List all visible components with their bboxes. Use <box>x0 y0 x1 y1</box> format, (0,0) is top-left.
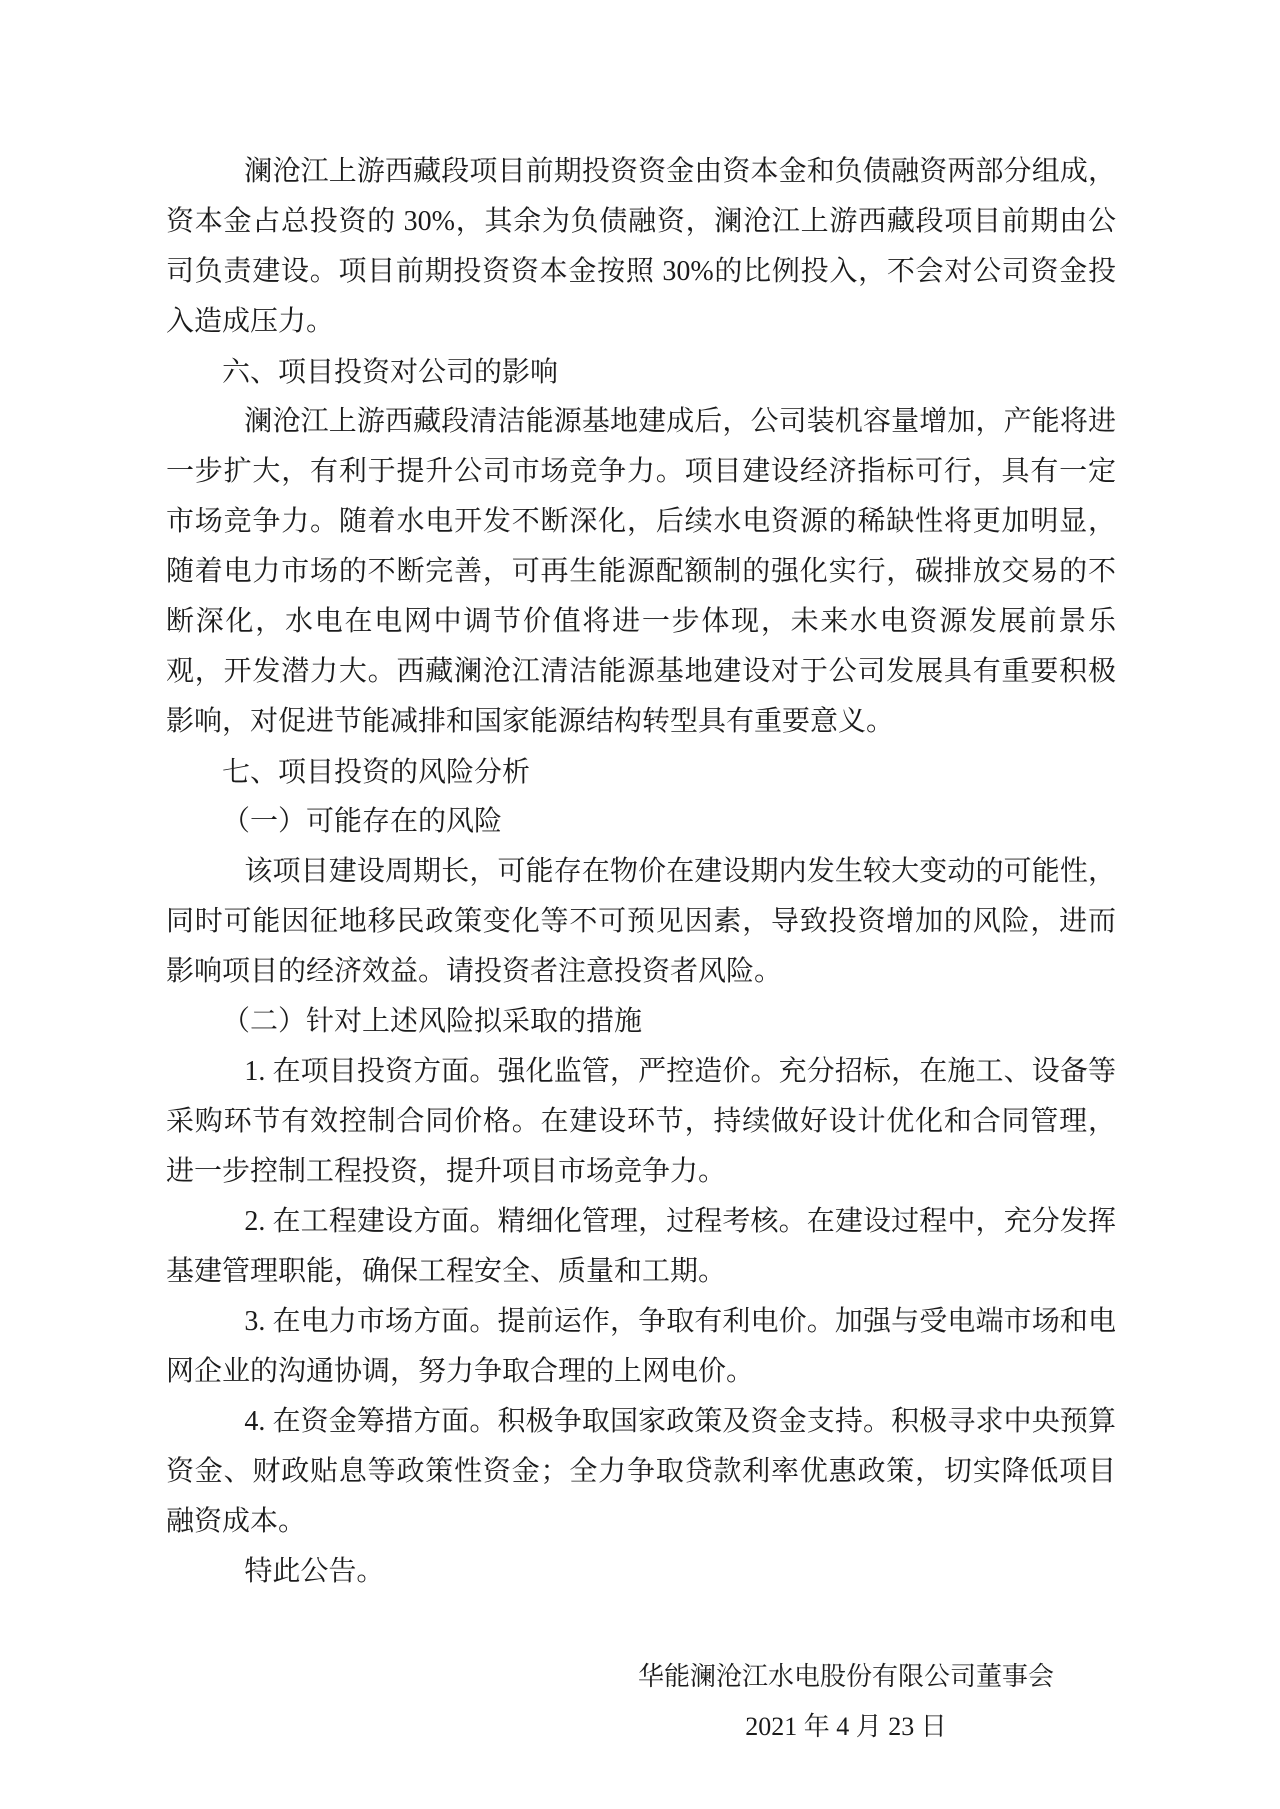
measure-item-3: 3. 在电力市场方面。提前运作，争取有利电价。加强与受电端市场和电网企业的沟通协… <box>166 1297 1116 1397</box>
signature-company-name: 华能澜沧江水电股份有限公司董事会 <box>638 1652 1054 1702</box>
announcement-page: 澜沧江上游西藏段项目前期投资资金由资本金和负债融资两部分组成，资本金占总投资的 … <box>0 0 1280 1809</box>
paragraph-impact-on-company: 澜沧江上游西藏段清洁能源基地建成后，公司装机容量增加，产能将进一步扩大，有利于提… <box>166 397 1116 747</box>
paragraph-possible-risks: 该项目建设周期长，可能存在物价在建设期内发生较大变动的可能性，同时可能因征地移民… <box>166 847 1116 997</box>
subsection-2-heading: （二）针对上述风险拟采取的措施 <box>166 997 1116 1047</box>
section-7-heading: 七、项目投资的风险分析 <box>166 747 1116 797</box>
closing-statement: 特此公告。 <box>166 1547 1116 1597</box>
signature-date: 2021 年 4 月 23 日 <box>638 1702 1054 1752</box>
measure-item-2: 2. 在工程建设方面。精细化管理，过程考核。在建设过程中，充分发挥基建管理职能，… <box>166 1197 1116 1297</box>
section-6-heading: 六、项目投资对公司的影响 <box>166 347 1116 397</box>
signature-block: 华能澜沧江水电股份有限公司董事会 2021 年 4 月 23 日 <box>638 1652 1054 1752</box>
subsection-1-heading: （一）可能存在的风险 <box>166 797 1116 847</box>
paragraph-funding-structure: 澜沧江上游西藏段项目前期投资资金由资本金和负债融资两部分组成，资本金占总投资的 … <box>166 147 1116 347</box>
measure-item-4: 4. 在资金筹措方面。积极争取国家政策及资金支持。积极寻求中央预算资金、财政贴息… <box>166 1397 1116 1547</box>
measure-item-1: 1. 在项目投资方面。强化监管，严控造价。充分招标，在施工、设备等采购环节有效控… <box>166 1047 1116 1197</box>
